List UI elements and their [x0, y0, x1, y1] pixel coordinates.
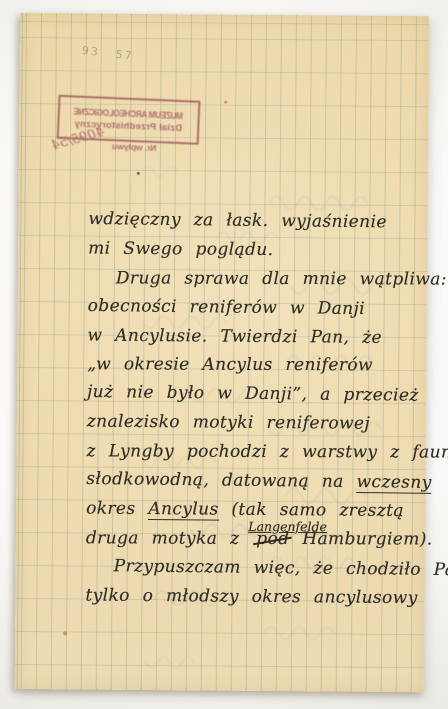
photo-background: 9357 MUZEUM ARCHEOLOGICZNE Dział Przedhi…	[0, 0, 448, 709]
handwritten-text: z Lyngby pochodzi z warstwy z fauną	[87, 441, 448, 462]
handwritten-text: tylko o młodszy okres ancylusowy	[85, 585, 417, 608]
handwritten-line: wdzięczny za łask. wyjaśnienie	[88, 205, 433, 238]
letter-paper: 9357 MUZEUM ARCHEOLOGICZNE Dział Przedhi…	[15, 13, 429, 692]
foxing-spot	[224, 101, 227, 104]
handwritten-line: słodkowodną, datowaną na wczesny	[86, 465, 431, 498]
handwritten-text: słodkowodną, datowaną na	[86, 469, 356, 492]
handwritten-text: znalezisko motyki reniferowej	[87, 412, 370, 434]
foxing-spot	[63, 631, 67, 635]
handwritten-text: (tak samo zresztą	[219, 499, 404, 520]
pencil-note-left: 93	[81, 44, 100, 59]
handwritten-text: druga motyka z	[86, 528, 252, 549]
handwritten-text: Druga sprawa dla mnie wątpliwa:	[116, 268, 447, 289]
handwritten-strike: pod	[256, 529, 289, 549]
handwritten-line: druga motyka z Langenfeldepod Hamburgiem…	[86, 524, 431, 554]
handwritten-line: tylko o młodszy okres ancylusowy	[85, 581, 430, 613]
handwritten-line: Druga sprawa dla mnie wątpliwa:	[88, 264, 433, 294]
handwritten-text: obecności reniferów w Danji	[88, 296, 366, 319]
handwritten-line: Przypuszczam więc, że chodziło Panu	[85, 552, 430, 585]
handwritten-underline: Ancylus	[148, 499, 218, 521]
handwritten-line: „w okresie Ancylus reniferów	[87, 351, 432, 381]
museum-stamp-mirrored: MUZEUM ARCHEOLOGICZNE Dział Przedhistory…	[44, 90, 217, 172]
handwritten-line: w Ancylusie. Twierdzi Pan, że	[87, 321, 432, 353]
handwritten-text: okres	[86, 498, 148, 518]
handwritten-text: Przypuszczam więc, że chodziło Panu	[114, 556, 448, 580]
handwritten-line: już nie było w Danji”, a przecież	[87, 378, 432, 411]
ink-speck	[137, 172, 140, 175]
handwritten-line: obecności reniferów w Danji	[88, 292, 433, 325]
pencil-note-right: 57	[115, 48, 134, 63]
handwritten-text: wdzięczny za łask. wyjaśnienie	[88, 209, 387, 232]
handwritten-text: już nie było w Danji”, a przecież	[87, 382, 419, 406]
handwritten-text: w Ancylusie. Twierdzi Pan, że	[87, 325, 382, 347]
handwritten-line: mi Swego poglądu.	[88, 234, 433, 266]
handwritten-insert: Langenfelde	[248, 513, 252, 542]
handwritten-text: „w okresie Ancylus reniferów	[87, 355, 373, 376]
handwritten-line: z Lyngby pochodzi z warstwy z fauną	[87, 437, 432, 467]
handwritten-underline: wczesny	[356, 472, 431, 494]
stamp-entry-label: Nr. wpływu	[112, 141, 157, 153]
handwritten-line: znalezisko motyki reniferowej	[87, 408, 432, 440]
handwritten-text: mi Swego poglądu.	[88, 238, 274, 259]
letter-body: wdzięczny za łask. wyjaśnieniemi Swego p…	[85, 206, 433, 613]
